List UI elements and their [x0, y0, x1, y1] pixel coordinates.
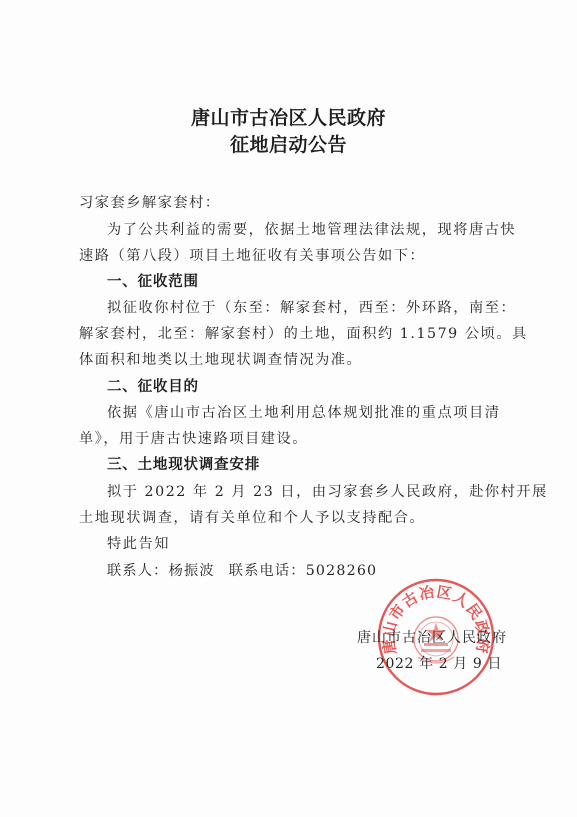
document-title: 唐山市古冶区人民政府: [0, 103, 577, 130]
contact-line: 联系人：杨振波联系电话：5028260: [107, 561, 377, 581]
contact-person-label: 联系人：: [107, 563, 169, 579]
section-heading-purpose: 二、征收目的: [107, 377, 199, 397]
salutation: 习家套乡解家套村：: [79, 193, 221, 213]
intro-line-2: 速路（第八段）项目土地征收有关事项公告如下：: [79, 246, 425, 266]
section-heading-scope: 一、征收范围: [107, 272, 199, 292]
signature-org: 唐山市古冶区人民政府: [357, 628, 507, 648]
section-purpose-line-1: 依据《唐山市古冶区土地利用总体规划批准的重点项目清: [107, 403, 500, 423]
contact-phone: 5028260: [306, 563, 378, 579]
section-scope-line-1: 拟征收你村位于（东至：解家套村，西至：外环路，南至：: [107, 298, 516, 318]
section-heading-survey: 三、土地现状调查安排: [107, 455, 260, 475]
signature-date: 2022 年 2 月 9 日: [376, 654, 502, 674]
section-scope-line-2: 解家套村，北至：解家套村）的土地，面积约 1.1579 公顷。具: [79, 324, 528, 344]
contact-phone-label: 联系电话：: [229, 563, 306, 579]
document-subtitle: 征地启动公告: [0, 130, 577, 157]
section-purpose-line-2: 单》，用于唐古快速路项目建设。: [79, 429, 308, 449]
section-survey-line-2: 土地现状调查，请有关单位和个人予以支持配合。: [79, 508, 425, 528]
intro-line-1: 为了公共利益的需要，依据土地管理法律法规，现将唐古快: [107, 220, 516, 240]
document-page: 唐山市古冶区人民政府 征地启动公告 习家套乡解家套村： 为了公共利益的需要，依据…: [0, 0, 577, 817]
contact-person: 杨振波: [169, 563, 215, 579]
section-survey-line-1: 拟于 2022 年 2 月 23 日，由习家套乡人民政府，赴你村开展: [107, 482, 548, 502]
section-scope-line-3: 体面积和地类以土地现状调查情况为准。: [79, 350, 362, 370]
closing-text: 特此告知: [107, 534, 170, 554]
